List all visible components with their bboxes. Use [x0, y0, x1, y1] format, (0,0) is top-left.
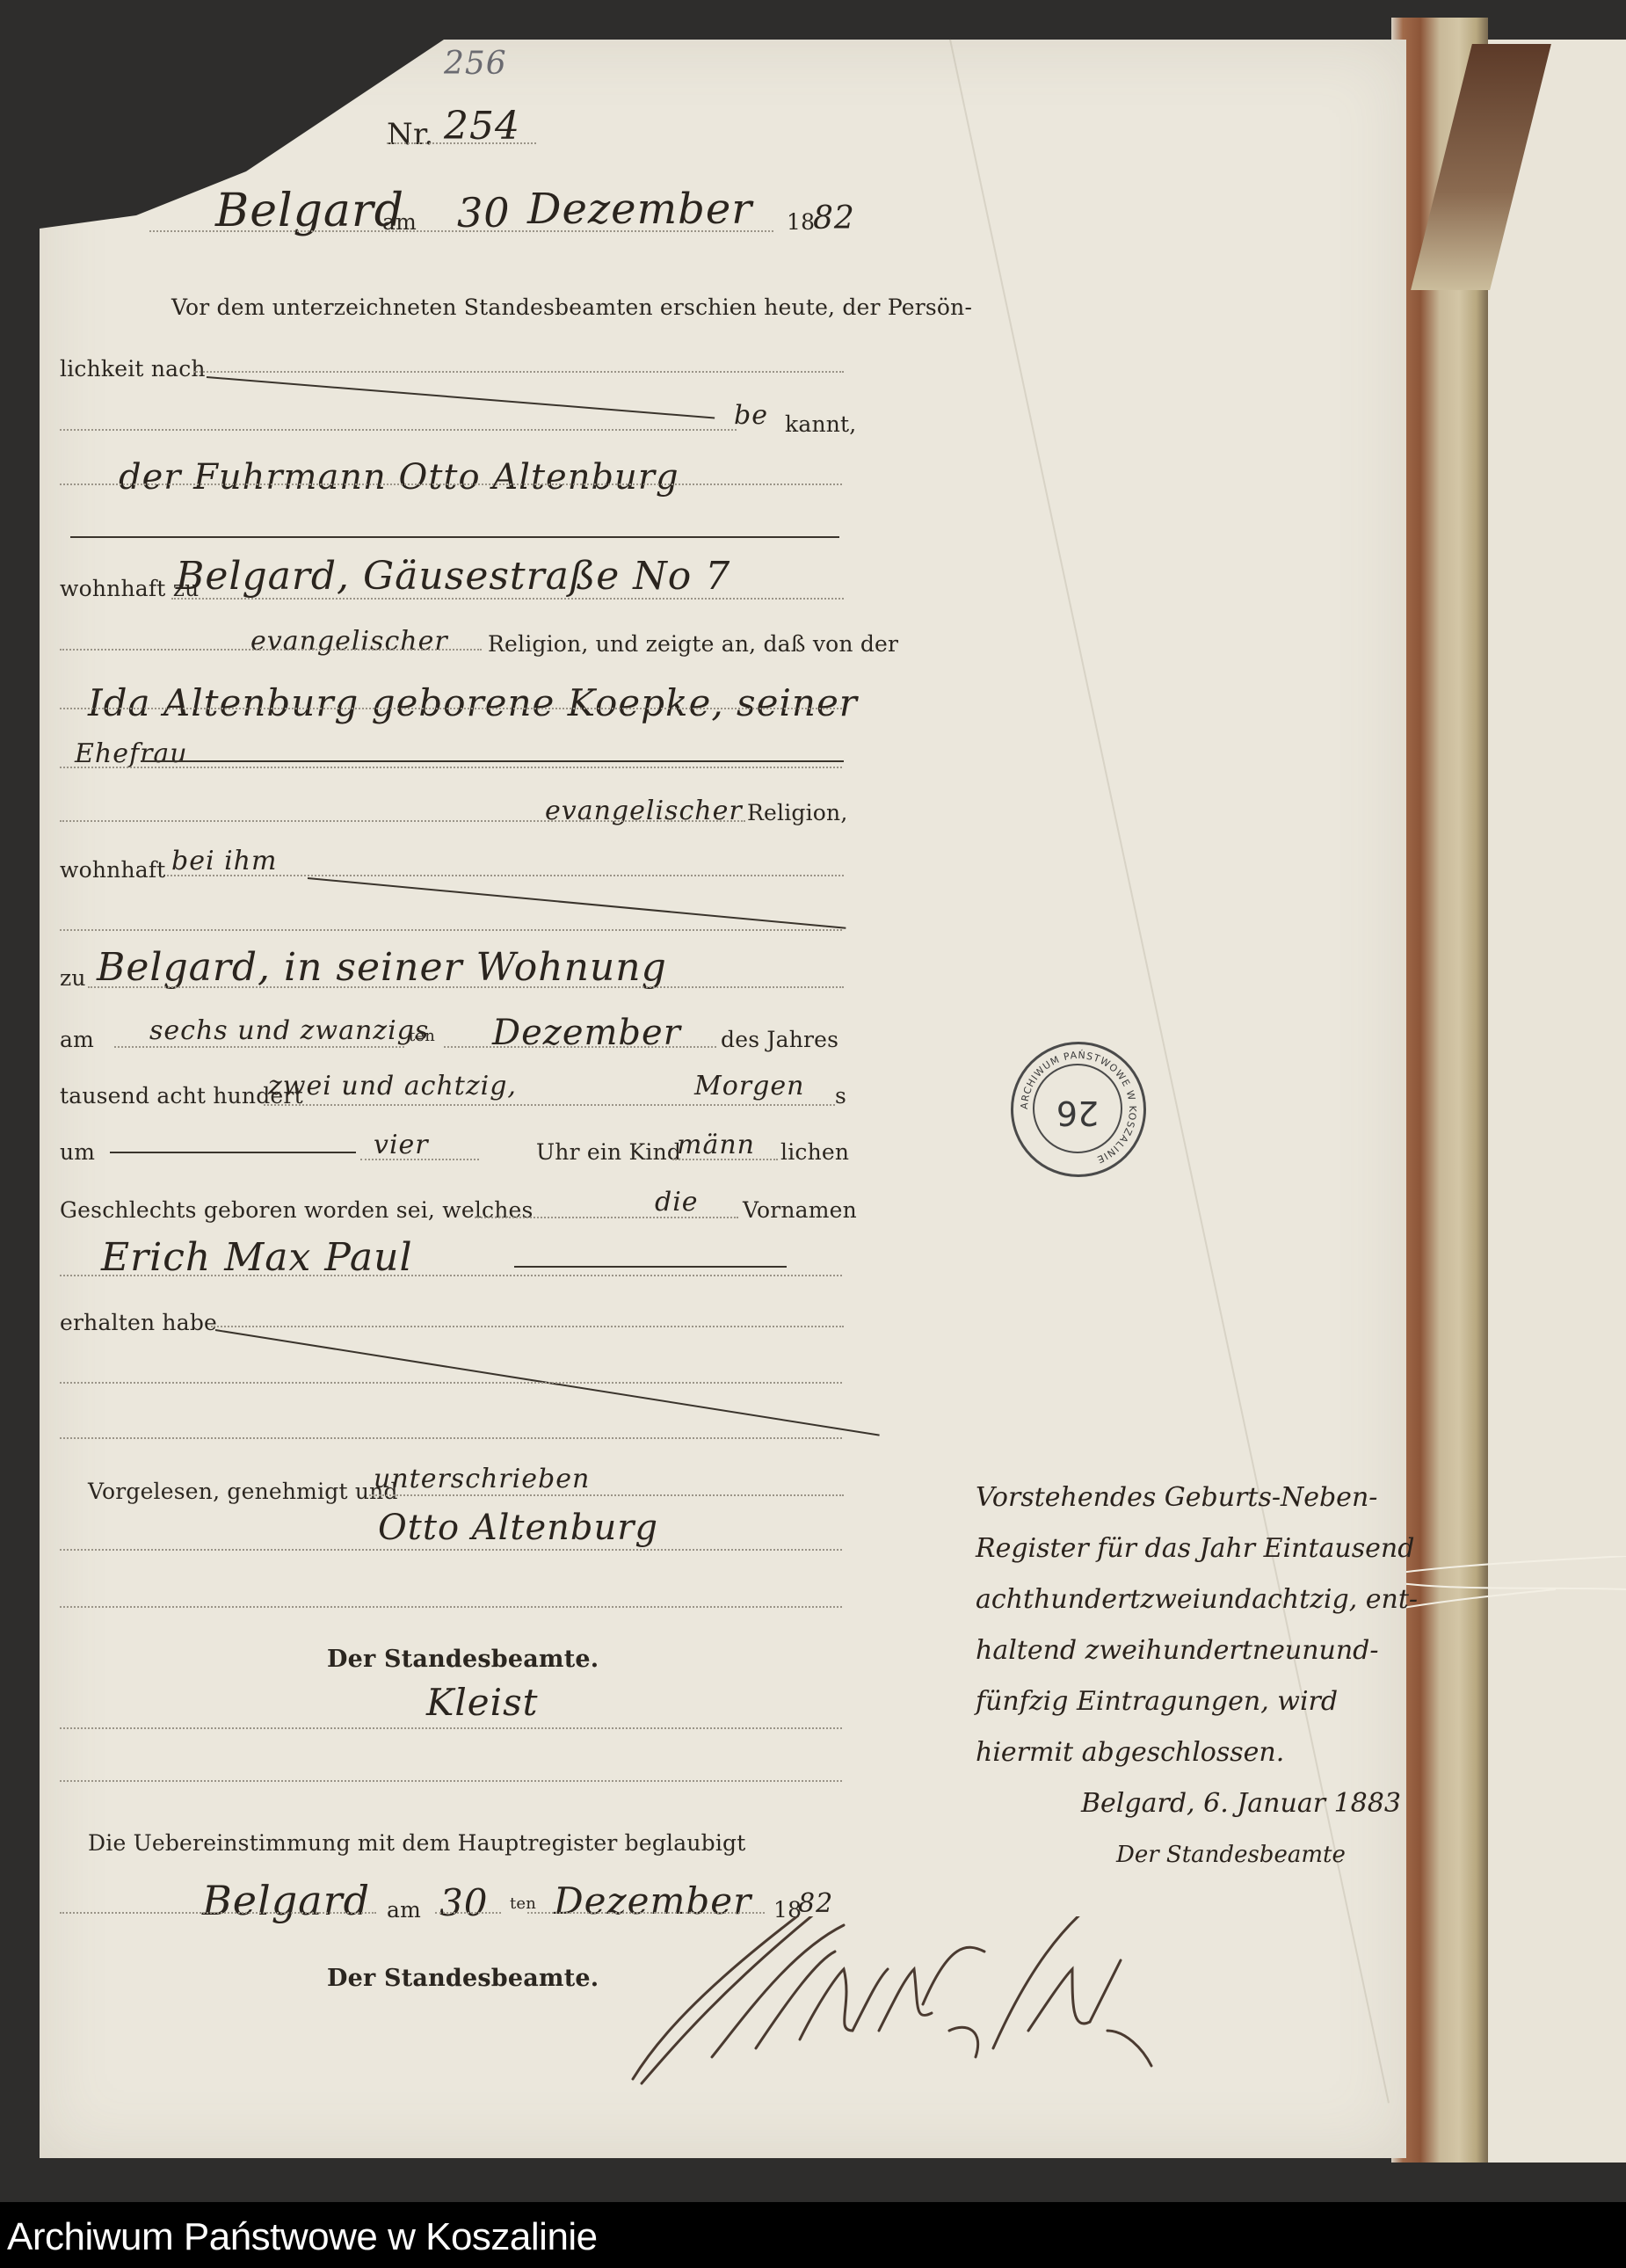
strike-line [514, 1266, 787, 1268]
registrar-signature: Kleist [426, 1681, 539, 1724]
erhalten-text: erhalten habe [60, 1310, 217, 1335]
bekannt-hand: be [734, 400, 768, 431]
mother-relation: Ehefrau [75, 738, 188, 769]
number-label: Nr. [387, 117, 434, 152]
dotted-line [193, 371, 844, 373]
cert-year-suffix: 82 [798, 1888, 833, 1919]
bekannt-print: kannt, [785, 411, 856, 437]
scan-background: 256 Nr. 254 Belgard am 30 Dezember 18 82… [0, 0, 1626, 2202]
archive-stamp: ARCHIWUM PAŃSTWOWE W KOSZALINIE 26 [1011, 1042, 1146, 1177]
dotted-line [672, 1159, 778, 1160]
margin-note-line: Belgard, 6. Januar 1883 [976, 1778, 1389, 1829]
birth-day: sechs und zwanzigs [149, 1015, 429, 1046]
geschlechts-text: Geschlechts geboren worden sei, welches [60, 1197, 534, 1223]
dotted-line [60, 649, 482, 651]
birth-hour: vier [374, 1130, 429, 1160]
certification-text: Die Uebereinstimmung mit dem Hauptregist… [88, 1830, 746, 1856]
registrar-title: Der Standesbeamte. [327, 1646, 599, 1673]
binding-threads [1389, 1556, 1626, 1661]
religion-text-2: Religion, [747, 800, 848, 825]
dotted-line [387, 142, 536, 144]
dotted-line [444, 1046, 716, 1048]
dotted-line [60, 1727, 842, 1729]
dotted-line [60, 1606, 842, 1608]
birth-year-words: zwei und achtzig, [268, 1071, 517, 1101]
um-label: um [60, 1139, 95, 1165]
registrar-flourish-signature [615, 1916, 1336, 2092]
time-of-day: Morgen [694, 1071, 804, 1101]
dotted-line [114, 1046, 404, 1048]
mother-name: Ida Altenburg geborene Koepke, seiner [88, 681, 858, 724]
dotted-line [60, 1382, 842, 1384]
year-prefix: 18 [787, 209, 815, 235]
informant-address: Belgard, Gäusestraße No 7 [176, 554, 730, 599]
margin-note-line: achthundertzweiundachtzig, ent- [976, 1574, 1389, 1625]
informant-name: der Fuhrmann Otto Altenburg [119, 457, 679, 498]
mother-residence: bei ihm [171, 846, 277, 876]
dotted-line [60, 1780, 842, 1782]
dotted-line [60, 929, 842, 931]
strike-line [141, 760, 844, 762]
margin-note-line: Der Standesbeamte [976, 1829, 1389, 1880]
margin-note-line: fünfzig Eintragungen, wird [976, 1676, 1389, 1727]
child-names: Erich Max Paul [101, 1235, 413, 1280]
am-label-2: am [60, 1027, 94, 1052]
vornamen-label: Vornamen [743, 1197, 857, 1223]
lichen-suffix: lichen [780, 1139, 849, 1165]
dotted-line [211, 1326, 844, 1327]
registrar-title-2: Der Standesbeamte. [327, 1965, 599, 1992]
des-jahres: des Jahres [721, 1027, 838, 1052]
dotted-line [88, 986, 844, 988]
dotted-line [435, 1912, 501, 1914]
dotted-line [264, 1104, 835, 1106]
informant-signature: Otto Altenburg [378, 1508, 658, 1548]
margin-note-line: Vorstehendes Geburts-Neben- [976, 1472, 1389, 1523]
wohnhaft2-label: wohnhaft [60, 857, 166, 883]
intro-text: Vor dem unterzeichneten Standesbeamten e… [171, 294, 972, 320]
dotted-line [360, 1159, 479, 1160]
year-suffix: 82 [813, 200, 855, 236]
dotted-line [60, 708, 842, 709]
dotted-line [475, 1217, 738, 1218]
dotted-line [527, 1912, 765, 1914]
dotted-line [60, 1549, 842, 1551]
strike-line [110, 1152, 356, 1153]
margin-closing-note: Vorstehendes Geburts-Neben- Register für… [976, 1472, 1389, 1880]
stamp-number: 26 [1034, 1094, 1121, 1132]
unterschrieben-hand: unterschrieben [374, 1464, 590, 1494]
archive-name: Archiwum Państwowe w Koszalinie [7, 2215, 598, 2259]
dotted-line [60, 1912, 376, 1914]
dotted-line [171, 598, 844, 600]
dotted-line [60, 429, 737, 431]
cert-place: Belgard [202, 1877, 370, 1924]
dotted-line [149, 230, 773, 232]
religion-text-1: Religion, und zeigte an, daß von der [488, 631, 898, 657]
cert-am: am [387, 1897, 421, 1923]
vorgelesen-text: Vorgelesen, genehmigt und [88, 1479, 398, 1504]
birth-place: Belgard, in seiner Wohnung [97, 945, 667, 990]
stamp-inner-circle: 26 [1033, 1064, 1122, 1153]
child-sex: männ [677, 1130, 755, 1160]
record-month: Dezember [527, 185, 752, 234]
record-day: 30 [457, 189, 511, 236]
margin-note-line: haltend zweihundertneunund- [976, 1625, 1389, 1676]
dotted-line [60, 483, 842, 485]
zu-label: zu [60, 965, 86, 991]
dotted-line [60, 820, 745, 822]
informant-religion: evangelischer [250, 626, 448, 657]
dotted-line [369, 1494, 844, 1496]
dotted-line [60, 1437, 842, 1439]
margin-note-line: Register für das Jahr Eintausend [976, 1523, 1389, 1574]
strike-line [70, 536, 839, 538]
s-suffix: s [835, 1083, 846, 1109]
dotted-line [60, 767, 842, 768]
uhr-kind: Uhr ein Kind [536, 1139, 681, 1165]
margin-note-line: hiermit abgeschlossen. [976, 1727, 1389, 1778]
persoenlichkeit-label: lichkeit nach [60, 356, 206, 382]
ten-suffix: ten [409, 1027, 435, 1045]
place: Belgard [215, 185, 404, 237]
dotted-line [60, 1275, 842, 1276]
cert-ten: ten [510, 1894, 536, 1913]
facing-page [1488, 40, 1626, 2163]
cert-day: 30 [439, 1881, 488, 1924]
pencil-page-number: 256 [444, 46, 507, 82]
dotted-line [167, 875, 844, 876]
die-hand: die [655, 1187, 699, 1218]
